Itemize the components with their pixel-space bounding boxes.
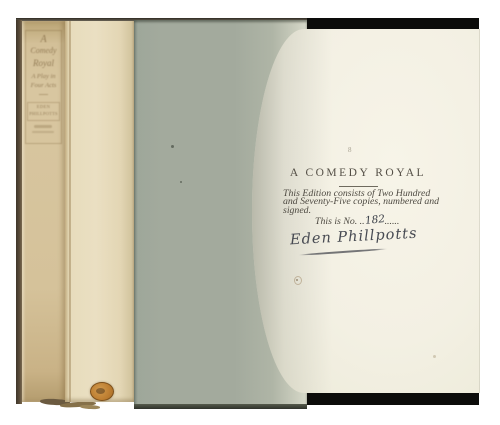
spine-title-word-royal: Royal [22, 58, 65, 68]
foxing-spot-dot [296, 279, 298, 281]
limitation-statement: This Edition consists of Two Hundred and… [283, 190, 458, 215]
board-edge-strip [65, 21, 134, 402]
page-top-mark: 8 [348, 146, 352, 154]
limitation-page: 8 A COMEDY ROYAL This Edition consists o… [252, 29, 480, 393]
sticker-ink-mark [96, 388, 105, 394]
spine-title-word-a: A [22, 34, 65, 45]
handwritten-copy-number: 182 [364, 213, 385, 227]
spine-faded-imprint-line1 [34, 125, 52, 128]
cloth-speck [171, 145, 174, 148]
book-photo: A Comedy Royal A Play in Four Acts EDEN … [0, 0, 500, 425]
spine-ornament [39, 94, 48, 95]
spine-author-last-name: PHILLPOTTS [22, 111, 65, 116]
title-rule [339, 186, 378, 187]
spine-title-word-comedy: Comedy [22, 46, 65, 55]
copy-number-line: This is No. ..182...... [315, 215, 399, 227]
cloth-bottom-edge [134, 404, 307, 409]
spine-worn-edge [80, 404, 100, 409]
cloth-speck [180, 181, 182, 183]
spine-author-first-name: EDEN [22, 104, 65, 109]
spine-label-text: A Comedy Royal A Play in Four Acts EDEN … [22, 21, 65, 402]
spine-subtitle-line1: A Play in [22, 73, 65, 80]
board-crease [69, 21, 71, 402]
round-label-sticker [90, 382, 114, 401]
copy-number-prefix: This is No. .. [315, 216, 365, 227]
spine-faded-imprint-line2 [32, 131, 54, 133]
foxing-speck [433, 355, 436, 358]
spine-subtitle-line2: Four Acts [22, 82, 65, 89]
copy-number-dots: ...... [385, 216, 400, 227]
black-backdrop-bottom [302, 393, 479, 405]
book-spine-label: A Comedy Royal A Play in Four Acts EDEN … [22, 21, 65, 402]
half-title: A COMEDY ROYAL [252, 167, 464, 179]
